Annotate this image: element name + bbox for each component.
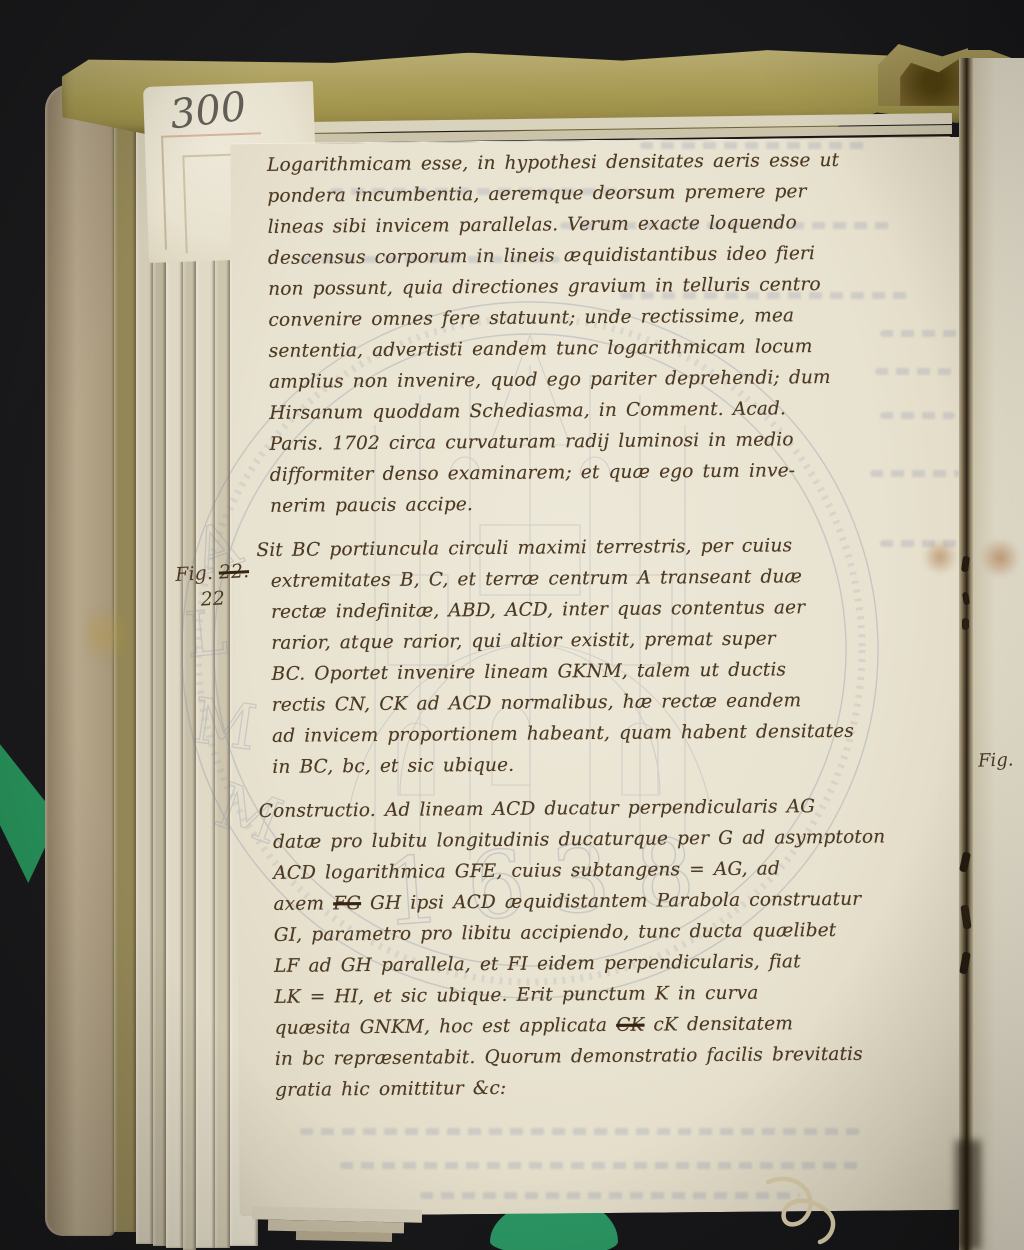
stamp-letter: M [188, 684, 261, 765]
text-line: gratia hic omittitur &c: [275, 1069, 923, 1106]
paragraph: Sit BC portiuncula circuli maximi terres… [258, 529, 920, 783]
text-line: Logarithmicam esse, in hypothesi densita… [267, 144, 915, 181]
paragraph: Constructio. Ad lineam ACD ducatur perpe… [261, 790, 924, 1106]
black-gap-top-right [968, 0, 1024, 50]
struck-figure-number: 22. [218, 560, 249, 584]
margin-note-line2: 22 [176, 584, 251, 614]
text-line: in bc repræsentabit. Quorum demonstratio… [275, 1038, 923, 1075]
body-text: Logarithmicam esse, in hypothesi densita… [255, 144, 923, 1106]
text-line: ad invicem proportionem habeant, quam ha… [272, 715, 920, 752]
foxing-spot [922, 540, 958, 574]
paragraph: Logarithmicam esse, in hypothesi densita… [255, 144, 918, 522]
folio-number: 300 [167, 84, 248, 139]
stain-left-edge [84, 598, 126, 672]
margin-note-right: Fig. [978, 749, 1014, 771]
loose-thread [762, 1172, 872, 1250]
text-line: datæ pro lubitu longitudinis ducaturque … [273, 821, 921, 858]
gutter-bottom-shadow [955, 1140, 981, 1250]
margin-note-left: Fig. 22. 22 [175, 558, 251, 614]
facing-page-sliver [973, 58, 1024, 1250]
bleed-through [420, 1192, 800, 1199]
bleed-through [340, 1162, 860, 1169]
text-line: amplius non invenire, quod ego pariter d… [269, 361, 917, 398]
photograph-of-manuscript: A L M M 1638 300 Fig. 22. 22 Logarithmic… [0, 0, 1024, 1250]
gutter [959, 58, 974, 1250]
foxing-spot [980, 538, 1020, 578]
text-line: GI, parametro pro libitu accipiendo, tun… [274, 914, 922, 951]
green-strap-left [0, 733, 48, 883]
text-line: non possunt, quia directiones gravium in… [268, 268, 916, 305]
margin-note-line1: Fig. 22. [175, 558, 250, 588]
text-line: nerim paucis accipe. [270, 485, 918, 522]
bleed-through [300, 1128, 860, 1135]
text-line: in BC, bc, et sic ubique. [272, 746, 920, 783]
bottom-sheet-edge [296, 1231, 392, 1242]
stitch-mark [962, 618, 969, 630]
